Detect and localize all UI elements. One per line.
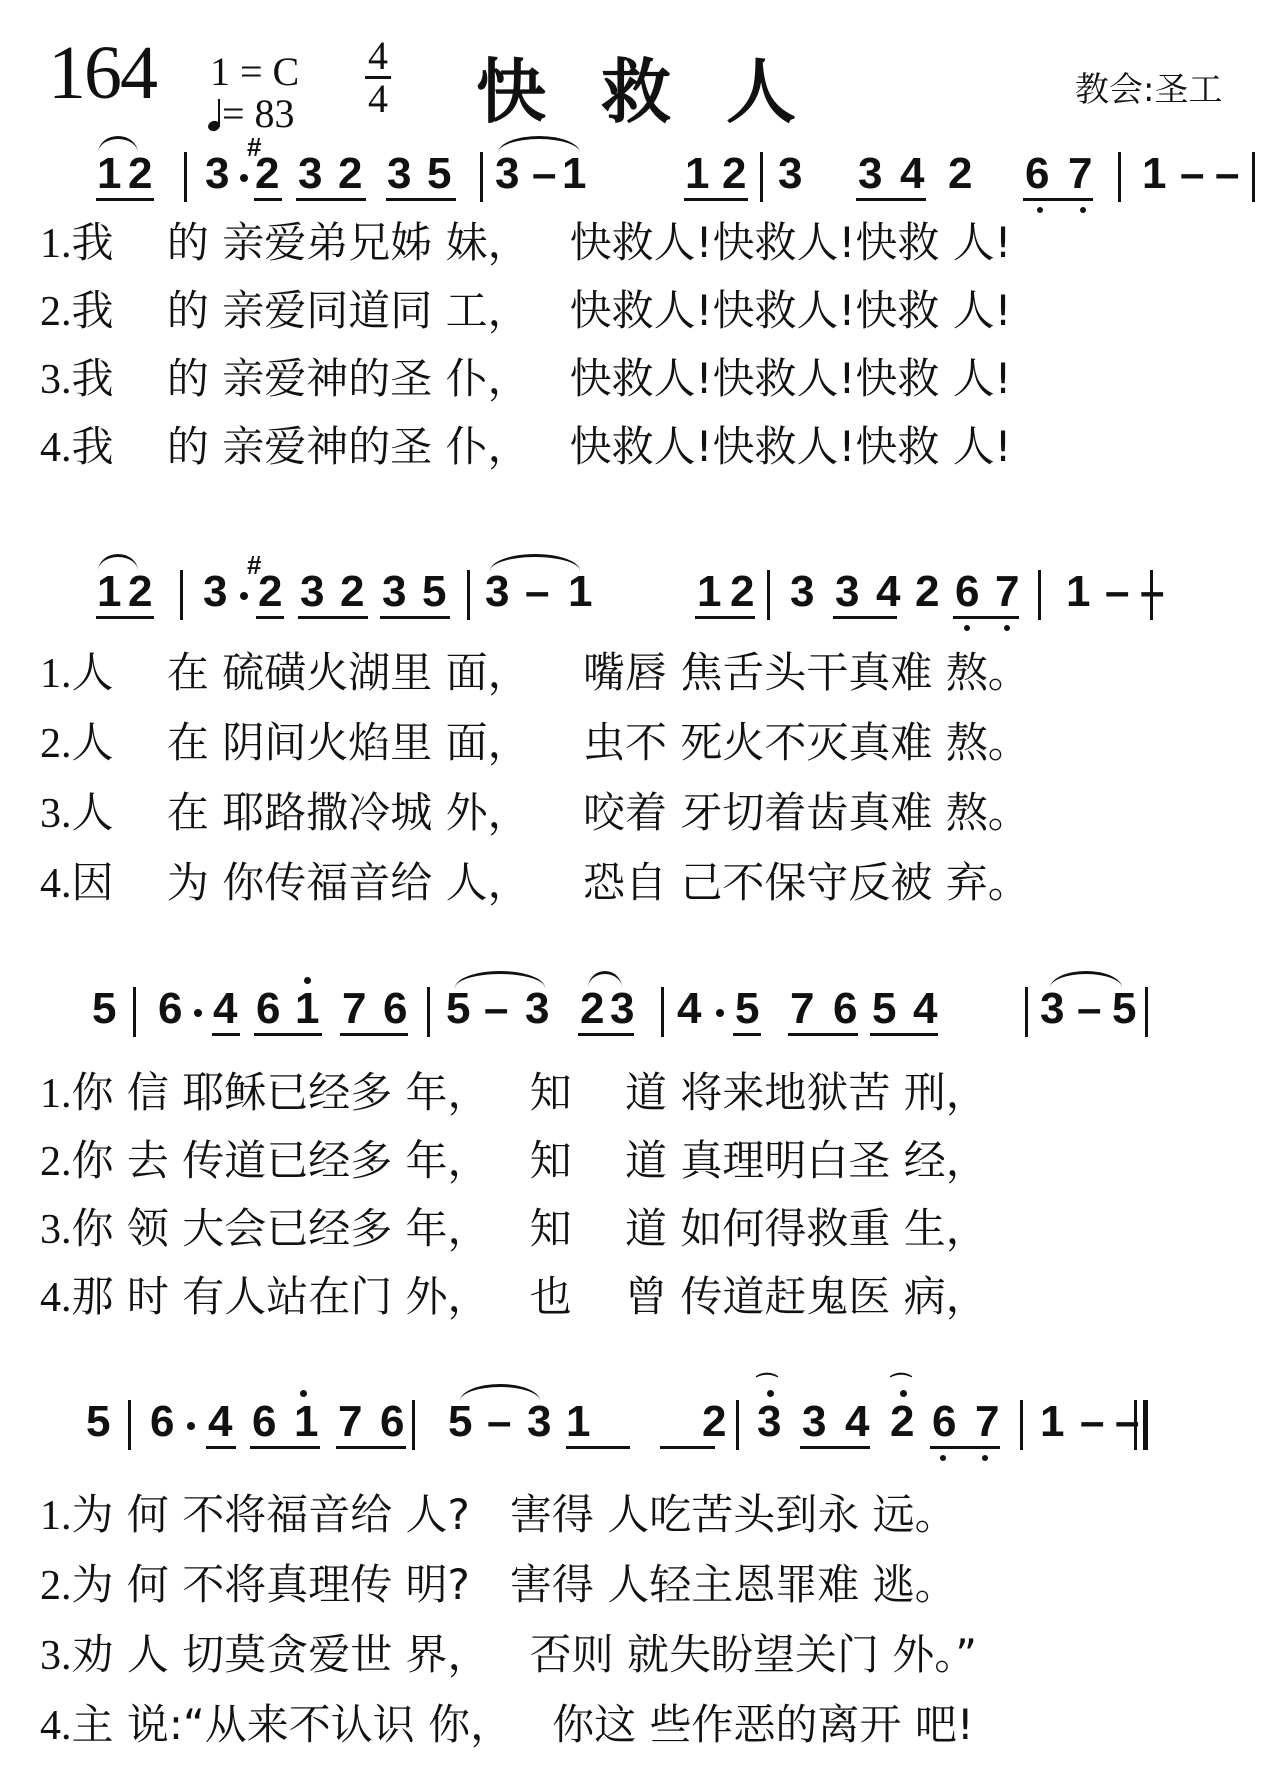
verse-number: 2.: [40, 289, 72, 335]
note: 6: [256, 985, 280, 1033]
lyric-text: 人 在 阴间火焰里 面， 虫不 死火不灭真难 熬。: [72, 718, 1030, 767]
beam-underline: [733, 1033, 761, 1036]
verse-number: 4.: [40, 1703, 72, 1749]
verse-number: 1.: [40, 1493, 72, 1539]
barline: [1252, 152, 1255, 202]
barline: [760, 152, 763, 202]
note: 4: [213, 985, 237, 1033]
note: 2: [580, 985, 604, 1033]
hymn-number: 164: [48, 30, 156, 117]
tempo-marking: = 83: [208, 90, 295, 137]
barline: [1025, 987, 1028, 1037]
note: 2: [948, 150, 972, 198]
barline: [128, 1400, 131, 1450]
beam-underline: [386, 198, 456, 201]
fermata-dot-icon: [767, 1390, 774, 1397]
barline: [133, 987, 136, 1037]
low-octave-dot-icon: [940, 1455, 946, 1461]
barline: [736, 1400, 739, 1450]
dot-icon: [240, 592, 248, 600]
note: 2: [340, 568, 364, 616]
dash: –: [484, 985, 508, 1033]
beam-underline: [870, 1033, 938, 1036]
beam-underline: [833, 616, 897, 619]
lyric-text: 因 为 你传福音给 人， 恐自 己不保守反被 弃。: [72, 858, 1030, 907]
lyric-text: 那 时 有人站在门 外， 也 曾 传道赶鬼医 病，: [72, 1272, 988, 1321]
note: 2: [730, 568, 754, 616]
beam-underline: [296, 198, 366, 201]
lyric-text: 你 领 大会已经多 年， 知 道 如何得救重 生，: [72, 1204, 988, 1253]
barline: [1038, 570, 1041, 620]
lyric-text: 你 去 传道已经多 年， 知 道 真理明白圣 经，: [72, 1136, 988, 1185]
high-octave-dot-icon: [300, 1390, 307, 1397]
note: 3: [757, 1398, 781, 1446]
note: 7: [1068, 150, 1092, 198]
lyric-line: 2.我 的 亲爱同道同 工， 快救人!快救人!快救 人!: [40, 290, 1012, 333]
hymn-title: 快救人: [476, 36, 851, 137]
beam-underline: [256, 616, 284, 619]
note: 1: [294, 1398, 318, 1446]
note: 3: [495, 150, 519, 198]
note: 1: [1040, 1398, 1064, 1446]
beam-underline: [96, 198, 154, 201]
beam-underline: [800, 1446, 870, 1449]
note: 6: [833, 985, 857, 1033]
lyric-text: 人 在 耶路撒冷城 外， 咬着 牙切着齿真难 熬。: [72, 788, 1030, 837]
verse-number: 4.: [40, 425, 72, 471]
dash: –: [1215, 150, 1239, 198]
note: 5: [735, 985, 759, 1033]
note: 1: [1142, 150, 1166, 198]
note: 3: [1040, 985, 1064, 1033]
note: 3: [485, 568, 509, 616]
note: 1: [295, 985, 319, 1033]
barline: [480, 152, 483, 202]
dash: –: [1105, 568, 1129, 616]
lyric-line: 1.人 在 硫磺火湖里 面， 嘴唇 焦舌头干真难 熬。: [40, 652, 1030, 695]
note: 4: [677, 985, 701, 1033]
lyric-line: 2.你 去 传道已经多 年， 知 道 真理明白圣 经，: [40, 1140, 988, 1183]
beam-underline: [856, 198, 926, 201]
tempo-value: = 83: [222, 91, 295, 136]
note: 6: [955, 568, 979, 616]
beam-underline: [96, 616, 154, 619]
beam-underline: [788, 1033, 858, 1036]
notation-line-4: 5 6 4 6 1 7 6 5 – 3 1 2 ⌒ 3 3 4 ⌒ 2 6 7 …: [0, 1398, 1284, 1458]
verse-number: 4.: [40, 861, 72, 907]
note: 6: [380, 1398, 404, 1446]
beam-underline: [1023, 198, 1093, 201]
beam-underline: [930, 1446, 1000, 1449]
beam-underline: [380, 616, 450, 619]
dash: –: [1077, 985, 1101, 1033]
lyric-line: 1.你 信 耶稣已经多 年， 知 道 将来地狱苦 刑，: [40, 1072, 988, 1115]
note: 1: [568, 568, 592, 616]
note: 3: [205, 150, 229, 198]
note: 1: [685, 150, 709, 198]
key-signature: 1 = C: [210, 48, 299, 95]
dash: –: [525, 568, 549, 616]
note: 6: [252, 1398, 276, 1446]
low-octave-dot-icon: [982, 1455, 988, 1461]
lyric-line: 4.我 的 亲爱神的圣 仆， 快救人!快救人!快救 人!: [40, 426, 1012, 469]
verse-number: 3.: [40, 1633, 72, 1679]
note: 5: [872, 985, 896, 1033]
lyric-line: 1.为 何 不将福音给 人? 害得 人吃苦头到永 远。: [40, 1494, 957, 1537]
note: 2: [338, 150, 362, 198]
note: 5: [448, 1398, 472, 1446]
note: 3: [610, 985, 634, 1033]
note: 1: [697, 568, 721, 616]
note: 7: [790, 985, 814, 1033]
verse-number: 4.: [40, 1275, 72, 1321]
verse-number: 2.: [40, 1139, 72, 1185]
dash: –: [532, 150, 556, 198]
barline: [184, 152, 187, 202]
barline: [412, 1400, 415, 1450]
time-signature-bottom: 4: [365, 79, 391, 119]
beam-underline: [340, 1033, 408, 1036]
note: 1: [97, 150, 121, 198]
note: 5: [92, 985, 116, 1033]
note: 2: [128, 150, 152, 198]
note: 5: [86, 1398, 110, 1446]
note: 3: [802, 1398, 826, 1446]
note: 3: [300, 568, 324, 616]
fermata-dot-icon: [900, 1390, 907, 1397]
beam-underline: [206, 1446, 236, 1449]
verse-number: 3.: [40, 357, 72, 403]
note: 7: [342, 985, 366, 1033]
beam-underline: [298, 616, 368, 619]
note: 6: [383, 985, 407, 1033]
note: 3: [298, 150, 322, 198]
dot-icon: [194, 1009, 202, 1017]
note: 1: [562, 150, 586, 198]
notation-line-1: 1 2 3 # 2 3 2 3 5 3 – 1 1 2 3 3 4 2 6 7 …: [0, 150, 1284, 210]
note: 4: [208, 1398, 232, 1446]
note: 3: [790, 568, 814, 616]
note: 6: [932, 1398, 956, 1446]
note: 4: [876, 568, 900, 616]
note: 3: [858, 150, 882, 198]
lyric-line: 4.因 为 你传福音给 人， 恐自 己不保守反被 弃。: [40, 862, 1030, 905]
lyric-text: 人 在 硫磺火湖里 面， 嘴唇 焦舌头干真难 熬。: [72, 648, 1030, 697]
note: 2: [722, 150, 746, 198]
time-signature: 4 4: [365, 36, 391, 119]
final-barline: [1134, 1400, 1137, 1450]
note: 2: [128, 568, 152, 616]
note: 1: [1066, 568, 1090, 616]
beam-underline: [953, 616, 1019, 619]
lyric-line: 2.为 何 不将真理传 明? 害得 人轻主恩罪难 逃。: [40, 1564, 957, 1607]
dash: –: [1180, 150, 1204, 198]
beam-underline: [254, 198, 282, 201]
note: 4: [845, 1398, 869, 1446]
lyric-line: 4.那 时 有人站在门 外， 也 曾 传道赶鬼医 病，: [40, 1276, 988, 1319]
time-signature-top: 4: [365, 36, 391, 76]
note: 7: [995, 568, 1019, 616]
lyric-text: 主 说:“从来不认识 你， 你这 些作恶的离开 吧!: [72, 1700, 974, 1749]
beam-underline: [566, 1446, 630, 1449]
note: 3: [527, 1398, 551, 1446]
note: 6: [1025, 150, 1049, 198]
lyric-line: 3.你 领 大会已经多 年， 知 道 如何得救重 生，: [40, 1208, 988, 1251]
beam-underline: [254, 1033, 322, 1036]
barline: [767, 570, 770, 620]
beam-underline: [250, 1446, 320, 1449]
lyric-line: 1.我 的 亲爱弟兄姊 妹， 快救人!快救人!快救 人!: [40, 222, 1012, 265]
barline: [467, 570, 470, 620]
beam-underline: [695, 616, 755, 619]
verse-number: 3.: [40, 1207, 72, 1253]
lyric-line: 3.我 的 亲爱神的圣 仆， 快救人!快救人!快救 人!: [40, 358, 1012, 401]
beam-underline: [660, 1446, 715, 1449]
dot-icon: [716, 1009, 724, 1017]
barline: [661, 987, 664, 1037]
beam-underline: [336, 1446, 406, 1449]
note: 3: [525, 985, 549, 1033]
note: 2: [915, 568, 939, 616]
verse-number: 2.: [40, 721, 72, 767]
low-octave-dot-icon: [964, 625, 970, 631]
note: 2: [702, 1398, 726, 1446]
barline: [1118, 152, 1121, 202]
lyric-text: 为 何 不将福音给 人? 害得 人吃苦头到永 远。: [72, 1490, 957, 1539]
final-barline: [1143, 1400, 1148, 1450]
low-octave-dot-icon: [1004, 625, 1010, 631]
dot-icon: [240, 174, 248, 182]
note: 3: [387, 150, 411, 198]
lyric-line: 2.人 在 阴间火焰里 面， 虫不 死火不灭真难 熬。: [40, 722, 1030, 765]
verse-number: 2.: [40, 1563, 72, 1609]
quarter-note-icon: [208, 97, 222, 137]
verse-number: 3.: [40, 791, 72, 837]
dash: –: [487, 1398, 511, 1446]
note: 5: [427, 150, 451, 198]
note: 5: [446, 985, 470, 1033]
lyric-text: 我 的 亲爱弟兄姊 妹， 快救人!快救人!快救 人!: [72, 218, 1012, 267]
note: 7: [975, 1398, 999, 1446]
dot-icon: [187, 1422, 195, 1430]
verse-number: 1.: [40, 221, 72, 267]
lyric-text: 你 信 耶稣已经多 年， 知 道 将来地狱苦 刑，: [72, 1068, 988, 1117]
beam-underline: [212, 1033, 240, 1036]
low-octave-dot-icon: [1037, 207, 1043, 213]
beam-underline: [684, 198, 748, 201]
lyric-text: 为 何 不将真理传 明? 害得 人轻主恩罪难 逃。: [72, 1560, 957, 1609]
note: 3: [203, 568, 227, 616]
note: 1: [97, 568, 121, 616]
verse-number: 1.: [40, 1071, 72, 1117]
lyric-line: 4.主 说:“从来不认识 你， 你这 些作恶的离开 吧!: [40, 1704, 974, 1747]
note: 1: [566, 1398, 590, 1446]
note: 5: [422, 568, 446, 616]
beam-underline: [578, 1033, 634, 1036]
barline: [1020, 1400, 1023, 1450]
lyric-text: 劝 人 切莫贪爱世 界， 否则 就失盼望关门 外。”: [72, 1630, 978, 1679]
barline: [1150, 570, 1153, 620]
dash: –: [1080, 1398, 1104, 1446]
barline: [1145, 987, 1148, 1037]
verse-number: 1.: [40, 651, 72, 697]
low-octave-dot-icon: [1080, 207, 1086, 213]
note: 2: [255, 150, 279, 198]
note: 4: [913, 985, 937, 1033]
note: 6: [158, 985, 182, 1033]
barline: [427, 987, 430, 1037]
note: 2: [890, 1398, 914, 1446]
note: 3: [778, 150, 802, 198]
lyric-text: 我 的 亲爱同道同 工， 快救人!快救人!快救 人!: [72, 286, 1012, 335]
note: 5: [1112, 985, 1136, 1033]
note: 4: [900, 150, 924, 198]
lyric-line: 3.人 在 耶路撒冷城 外， 咬着 牙切着齿真难 熬。: [40, 792, 1030, 835]
lyric-line: 3.劝 人 切莫贪爱世 界， 否则 就失盼望关门 外。”: [40, 1634, 977, 1677]
note: 3: [382, 568, 406, 616]
note: 6: [150, 1398, 174, 1446]
notation-line-2: 1 2 3 # 2 3 2 3 5 3 – 1 1 2 3 3 4 2 6 7 …: [0, 568, 1284, 628]
barline: [180, 570, 183, 620]
notation-line-3: 5 6 4 6 1 7 6 5 – 3 2 3 4 5 7 6 5 4 3 – …: [0, 985, 1284, 1045]
lyric-text: 我 的 亲爱神的圣 仆， 快救人!快救人!快救 人!: [72, 354, 1012, 403]
note: 7: [338, 1398, 362, 1446]
author-credit: 教会:圣工: [1075, 62, 1222, 111]
lyric-text: 我 的 亲爱神的圣 仆， 快救人!快救人!快救 人!: [72, 422, 1012, 471]
note: 2: [258, 568, 282, 616]
high-octave-dot-icon: [304, 977, 311, 984]
note: 3: [835, 568, 859, 616]
